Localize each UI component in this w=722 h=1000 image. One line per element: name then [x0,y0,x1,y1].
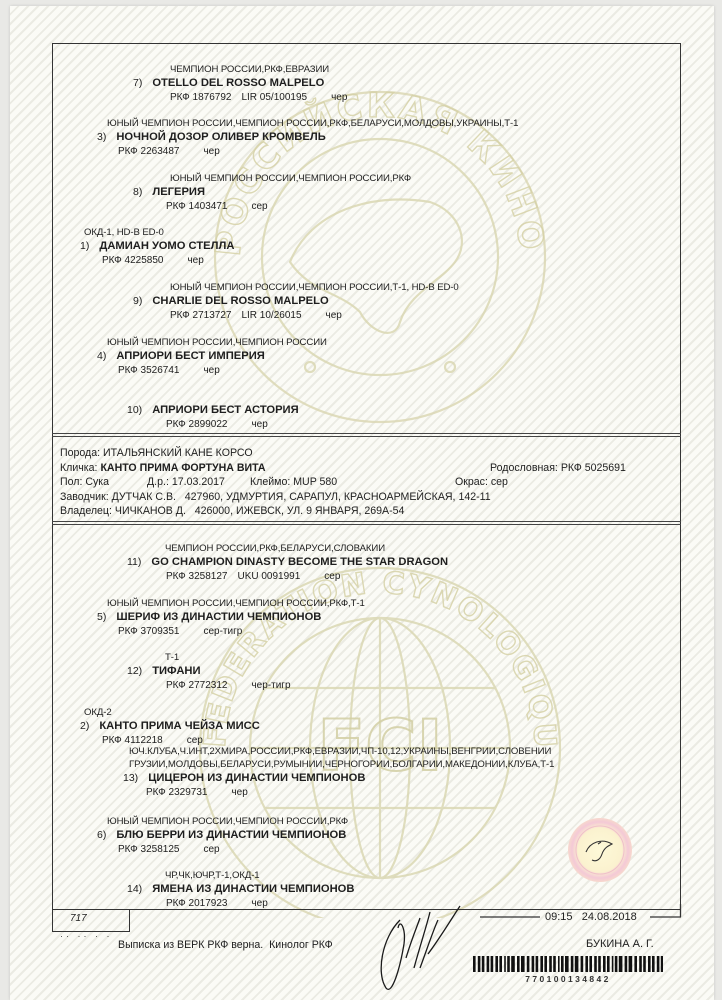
stamp-marks: ·· ·· · · [60,931,112,941]
registration-number: РКФ 2899022 [166,419,227,430]
ancestor-entry: ЮНЫЙ ЧЕМПИОН РОССИИ,ЧЕМПИОН РОССИИ4)АПРИ… [97,336,327,377]
ancestor-entry: ЧЕМПИОН РОССИИ,РКФ,ЕВРАЗИИ7)OTELLO DEL R… [133,63,357,104]
barcode [473,956,663,972]
registration-number: LIR 05/100195 [241,92,307,103]
signature [370,898,480,998]
breeder-value: ДУТЧАК С.В. 427960, УДМУРТИЯ, САРАПУЛ, К… [112,491,491,503]
ancestor-name: ЦИЦЕРОН ИЗ ДИНАСТИИ ЧЕМПИОНОВ [148,772,365,784]
ancestor-entry: 10)АПРИОРИ БЕСТ АСТОРИЯРКФ 2899022чер [127,390,299,431]
ancestor-name: ДАМИАН УОМО СТЕЛЛА [99,240,234,252]
owner-value: ЧИЧКАНОВ Д. 426000, ИЖЕВСК, УЛ. 9 ЯНВАРЯ… [115,505,405,517]
ancestor-name: НОЧНОЙ ДОЗОР ОЛИВЕР КРОМВЕЛЬ [116,131,325,143]
ancestor-color: сер-тигр [203,626,242,637]
ancestor-entry: ОКД-1, HD-B ED-01)ДАМИАН УОМО СТЕЛЛАРКФ … [80,226,234,267]
ancestor-entry: ЮНЫЙ ЧЕМПИОН РОССИИ,ЧЕМПИОН РОССИИ,Т-1, … [133,281,459,322]
ancestor-titles: ЮНЫЙ ЧЕМПИОН РОССИИ,ЧЕМПИОН РОССИИ,РКФ,Б… [97,117,518,130]
ancestor-number: 3) [97,130,106,145]
registration-number: РКФ 2017923 [166,898,227,909]
ancestor-number: 14) [127,882,142,897]
ancestor-titles: ЮНЫЙ ЧЕМПИОН РОССИИ,ЧЕМПИОН РОССИИ,РКФ [133,172,411,185]
ancestor-name: БЛЮ БЕРРИ ИЗ ДИНАСТИИ ЧЕМПИОНОВ [116,829,346,841]
sex-value: Сука [85,476,109,488]
tattoo-value: MUP 580 [293,476,337,488]
ancestor-titles: ЮНЫЙ ЧЕМПИОН РОССИИ,ЧЕМПИОН РОССИИ [97,336,327,349]
pedigree-number: РКФ 5025691 [561,462,626,474]
ancestor-name: ШЕРИФ ИЗ ДИНАСТИИ ЧЕМПИОНОВ [116,611,321,623]
pedigree-label: Родословная: [490,462,558,474]
ancestor-color: чер [326,310,342,321]
ancestor-name: ЛЕГЕРИЯ [152,186,205,198]
ancestor-entry: ЮНЫЙ ЧЕМПИОН РОССИИ,ЧЕМПИОН РОССИИ,РКФ6)… [97,815,348,856]
registration-number: РКФ 3258127 [166,571,227,582]
section-divider-top [52,433,681,437]
ancestor-name: АПРИОРИ БЕСТ АСТОРИЯ [152,404,298,416]
ancestor-color: сер [251,201,267,212]
registration-number: РКФ 3258125 [118,844,179,855]
registration-number: РКФ 1403471 [166,201,227,212]
registration-number: РКФ 1876792 [170,92,231,103]
color-label: Окрас: [455,476,488,488]
ancestor-entry: ЮЧ.КЛУБА,Ч.ИНТ,2ХМИРА,РОССИИ,РКФ,ЕВРАЗИИ… [123,745,554,799]
ancestor-entry: ЮНЫЙ ЧЕМПИОН РОССИИ,ЧЕМПИОН РОССИИ,РКФ8)… [133,172,411,213]
timestamp: 09:15 24.08.2018 [545,911,637,923]
ancestor-number: 5) [97,610,106,625]
ancestor-titles: ЮНЫЙ ЧЕМПИОН РОССИИ,ЧЕМПИОН РОССИИ,РКФ,Т… [97,597,365,610]
box-number: 717 [70,913,87,924]
ancestor-color: чер [203,146,219,157]
ancestor-entry: ЮНЫЙ ЧЕМПИОН РОССИИ,ЧЕМПИОН РОССИИ,РКФ,Б… [97,117,518,158]
color-value: сер [491,476,508,488]
ancestor-entry: Т-112)ТИФАНИРКФ 2772312чер-тигр [127,651,301,692]
ancestor-color: чер-тигр [251,680,290,691]
ancestor-titles: Т-1 [127,651,301,664]
hologram-seal [568,818,632,882]
ancestor-color: чер [231,787,247,798]
registration-number: UKU 0091991 [237,571,300,582]
signatory-name: БУКИНА А. Г. [586,938,654,950]
verification-statement: Выписка из ВЕРК РКФ верна. Кинолог РКФ [118,939,333,951]
ancestor-name: GO CHAMPION DINASTY BECOME THE STAR DRAG… [151,556,448,568]
ancestor-titles: ОКД-1, HD-B ED-0 [80,226,234,239]
registration-box [52,910,130,932]
name-label: Кличка: [60,462,98,474]
ancestor-titles: ЧЕМПИОН РОССИИ,РКФ,ЕВРАЗИИ [133,63,357,76]
dog-head-seal-icon [568,818,632,882]
ancestor-number: 6) [97,828,106,843]
ancestor-titles: ЮНЫЙ ЧЕМПИОН РОССИИ,ЧЕМПИОН РОССИИ,РКФ [97,815,348,828]
ancestor-entry: ЧР,ЧК,ЮЧР,Т-1,ОКД-114)ЯМЕНА ИЗ ДИНАСТИИ … [127,869,354,910]
registration-number: РКФ 4225850 [102,255,163,266]
sex-label: Пол: [60,476,82,488]
ancestor-number: 13) [123,771,138,786]
ancestor-titles-cont: ГРУЗИИ,МОЛДОВЫ,БЕЛАРУСИ,РУМЫНИИ,ЧЕРНОГОР… [123,758,554,771]
ancestor-titles: ЧР,ЧК,ЮЧР,Т-1,ОКД-1 [127,869,354,882]
registration-number: РКФ 2329731 [146,787,207,798]
ancestor-name: CHARLIE DEL ROSSO MALPELO [152,295,328,307]
ancestor-entry: ЧЕМПИОН РОССИИ,РКФ,БЕЛАРУСИ,СЛОВАКИИ11)G… [127,542,448,583]
section-divider-bottom [52,521,681,525]
ancestor-name: КАНТО ПРИМА ЧЕЙЗА МИСС [99,720,259,732]
ancestor-number: 9) [133,294,142,309]
dob-value: 17.03.2017 [172,476,225,488]
ancestor-color: чер [203,365,219,376]
ancestor-number: 12) [127,664,142,679]
ancestor-color: чер [331,92,347,103]
registration-number: РКФ 3526741 [118,365,179,376]
ancestor-name: ЯМЕНА ИЗ ДИНАСТИИ ЧЕМПИОНОВ [152,883,354,895]
registration-number: РКФ 3709351 [118,626,179,637]
ancestor-color: чер [251,898,267,909]
ancestor-number: 10) [127,403,142,418]
breeder-label: Заводчик: [60,491,109,503]
ancestor-name: OTELLO DEL ROSSO MALPELO [152,77,324,89]
ancestor-name: ТИФАНИ [152,665,200,677]
registration-number: РКФ 2713727 [170,310,231,321]
dog-name: КАНТО ПРИМА ФОРТУНА ВИТА [100,462,265,474]
ancestor-color: чер [187,255,203,266]
registration-number: РКФ 2263487 [118,146,179,157]
ancestor-number: 8) [133,185,142,200]
registration-number: РКФ 2772312 [166,680,227,691]
dob-label: Д.р.: [147,476,169,488]
ancestor-number: 4) [97,349,106,364]
owner-label: Владелец: [60,505,112,517]
tattoo-label: Клеймо: [250,476,290,488]
ancestor-color: сер [324,571,340,582]
ancestor-number: 1) [80,239,89,254]
breed-label: Порода: [60,447,100,459]
ancestor-color: чер [251,419,267,430]
ancestor-number: 11) [127,555,141,570]
ancestor-number: 7) [133,76,142,91]
ancestor-entry: ЮНЫЙ ЧЕМПИОН РОССИИ,ЧЕМПИОН РОССИИ,РКФ,Т… [97,597,365,638]
breed-value: ИТАЛЬЯНСКИЙ КАНЕ КОРСО [103,447,253,459]
dog-info-block: Порода: ИТАЛЬЯНСКИЙ КАНЕ КОРСО Кличка: К… [60,446,672,519]
barcode-number: 770100134842 [473,974,663,984]
ancestor-name: АПРИОРИ БЕСТ ИМПЕРИЯ [116,350,264,362]
ancestor-titles: ЮНЫЙ ЧЕМПИОН РОССИИ,ЧЕМПИОН РОССИИ,Т-1, … [133,281,459,294]
ancestor-color: сер [203,844,219,855]
ancestor-entry: ОКД-22)КАНТО ПРИМА ЧЕЙЗА МИССРКФ 4112218… [80,706,260,747]
ancestor-titles: ЮЧ.КЛУБА,Ч.ИНТ,2ХМИРА,РОССИИ,РКФ,ЕВРАЗИИ… [123,745,554,758]
ancestor-titles: ЧЕМПИОН РОССИИ,РКФ,БЕЛАРУСИ,СЛОВАКИИ [127,542,448,555]
registration-number: LIR 10/26015 [241,310,301,321]
ancestor-titles: ОКД-2 [80,706,260,719]
ancestor-number: 2) [80,719,89,734]
